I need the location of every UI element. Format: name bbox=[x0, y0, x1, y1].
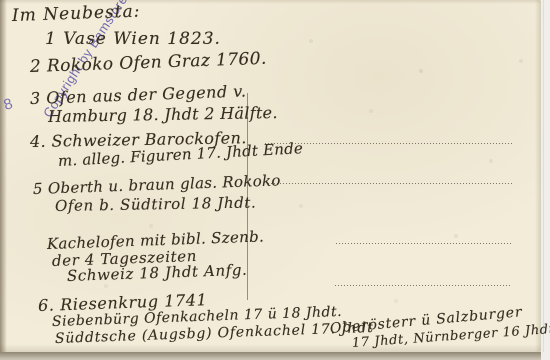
dotted-writing-line bbox=[268, 183, 513, 185]
dotted-writing-line bbox=[335, 285, 512, 287]
postcard: Copyright by Bamstore 8 Im Neubesta: 1 V… bbox=[0, 0, 541, 352]
handwritten-line-1: 1 Vase Wien 1823. bbox=[45, 29, 221, 49]
scan-shadow-bottom bbox=[0, 352, 541, 360]
paper-texture bbox=[0, 0, 2, 2]
handwritten-line-2: 2 Rokoko Ofen Graz 1760. bbox=[30, 49, 267, 77]
handwritten-line-5b: Ofen b. Südtirol 18 Jhdt. bbox=[55, 193, 257, 215]
watermark-mark: 8 bbox=[2, 95, 15, 114]
postcard-scan: Copyright by Bamstore 8 Im Neubesta: 1 V… bbox=[0, 0, 550, 360]
scan-edge-crease bbox=[543, 0, 544, 352]
handwritten-line-3b: Hamburg 18. Jhdt 2 Hälfte. bbox=[48, 103, 278, 126]
handwritten-heading: Im Neubesta: bbox=[12, 2, 141, 26]
dotted-writing-line bbox=[336, 243, 511, 245]
